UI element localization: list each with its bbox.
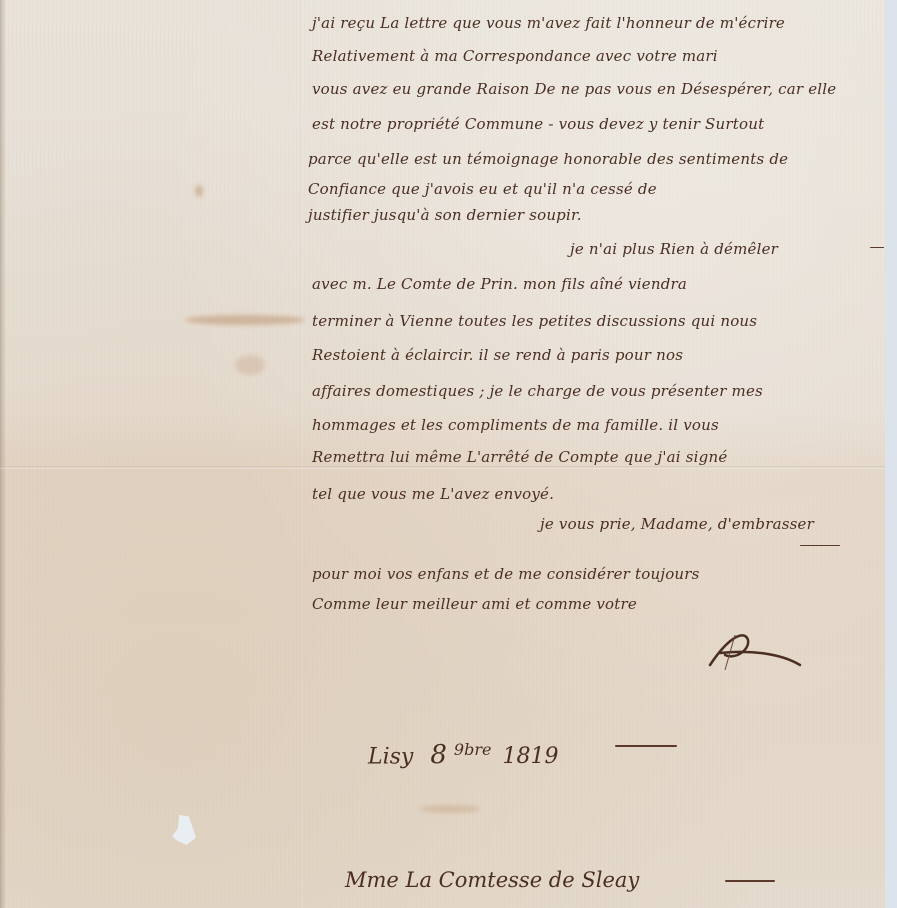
letter-line: Comme leur meilleur ami et comme votre — [312, 595, 637, 613]
letter-line: j'ai reçu La lettre que vous m'avez fait… — [312, 14, 785, 32]
letter-page: j'ai reçu La lettre que vous m'avez fait… — [0, 0, 888, 908]
margin-dash — [800, 545, 840, 546]
letter-line: parce qu'elle est un témoignage honorabl… — [308, 150, 788, 168]
background-strip — [885, 0, 897, 908]
letter-line: hommages et les compliments de ma famill… — [312, 416, 719, 434]
letter-line: justifier jusqu'à son dernier soupir. — [308, 206, 582, 224]
ink-stain — [420, 805, 480, 813]
address-dash — [725, 880, 775, 882]
letter-line: terminer à Vienne toutes les petites dis… — [312, 312, 757, 330]
ink-stain — [185, 315, 305, 325]
paper-hole — [172, 815, 196, 845]
letter-line-text: Relativement à ma Correspondance avec vo… — [312, 47, 718, 65]
vertical-fold-crease — [300, 0, 302, 908]
dateline-month: 9bre — [454, 740, 492, 759]
dateline: Lisy 8 9bre 1819 — [368, 740, 558, 770]
margin-dash — [870, 247, 884, 248]
letter-line: vous avez eu grande Raison De ne pas vou… — [312, 80, 836, 98]
letter-line: tel que vous me L'avez envoyé. — [312, 485, 554, 503]
letter-line: je n'ai plus Rien à démêler — [570, 240, 778, 258]
dateline-day: 8 — [430, 740, 447, 770]
letter-line: Confiance que j'avois eu et qu'il n'a ce… — [308, 180, 657, 198]
dateline-place: Lisy — [368, 744, 413, 769]
ink-stain — [235, 355, 265, 375]
dateline-dash — [615, 745, 677, 747]
horizontal-fold-crease — [0, 466, 888, 469]
letter-line: pour moi vos enfans et de me considérer … — [312, 565, 700, 583]
letter-line: affaires domestiques ; je le charge de v… — [312, 382, 763, 400]
letter-line: Relativement à ma Correspondance avec vo… — [312, 47, 718, 65]
letter-line: est notre propriété Commune - vous devez… — [312, 115, 764, 133]
ink-stain — [195, 185, 203, 197]
letter-line: je vous prie, Madame, d'embrasser — [540, 515, 814, 533]
letter-line: avec m. Le Comte de Prin. mon fils aîné … — [312, 275, 687, 293]
letter-line: Remettra lui même L'arrêté de Compte que… — [312, 448, 727, 466]
paper-left-edge — [0, 0, 6, 908]
dateline-year: 1819 — [502, 744, 558, 769]
address-line: Mme La Comtesse de Sleay — [345, 868, 639, 892]
signature — [690, 625, 810, 675]
letter-line: Restoient à éclaircir. il se rend à pari… — [312, 346, 683, 364]
